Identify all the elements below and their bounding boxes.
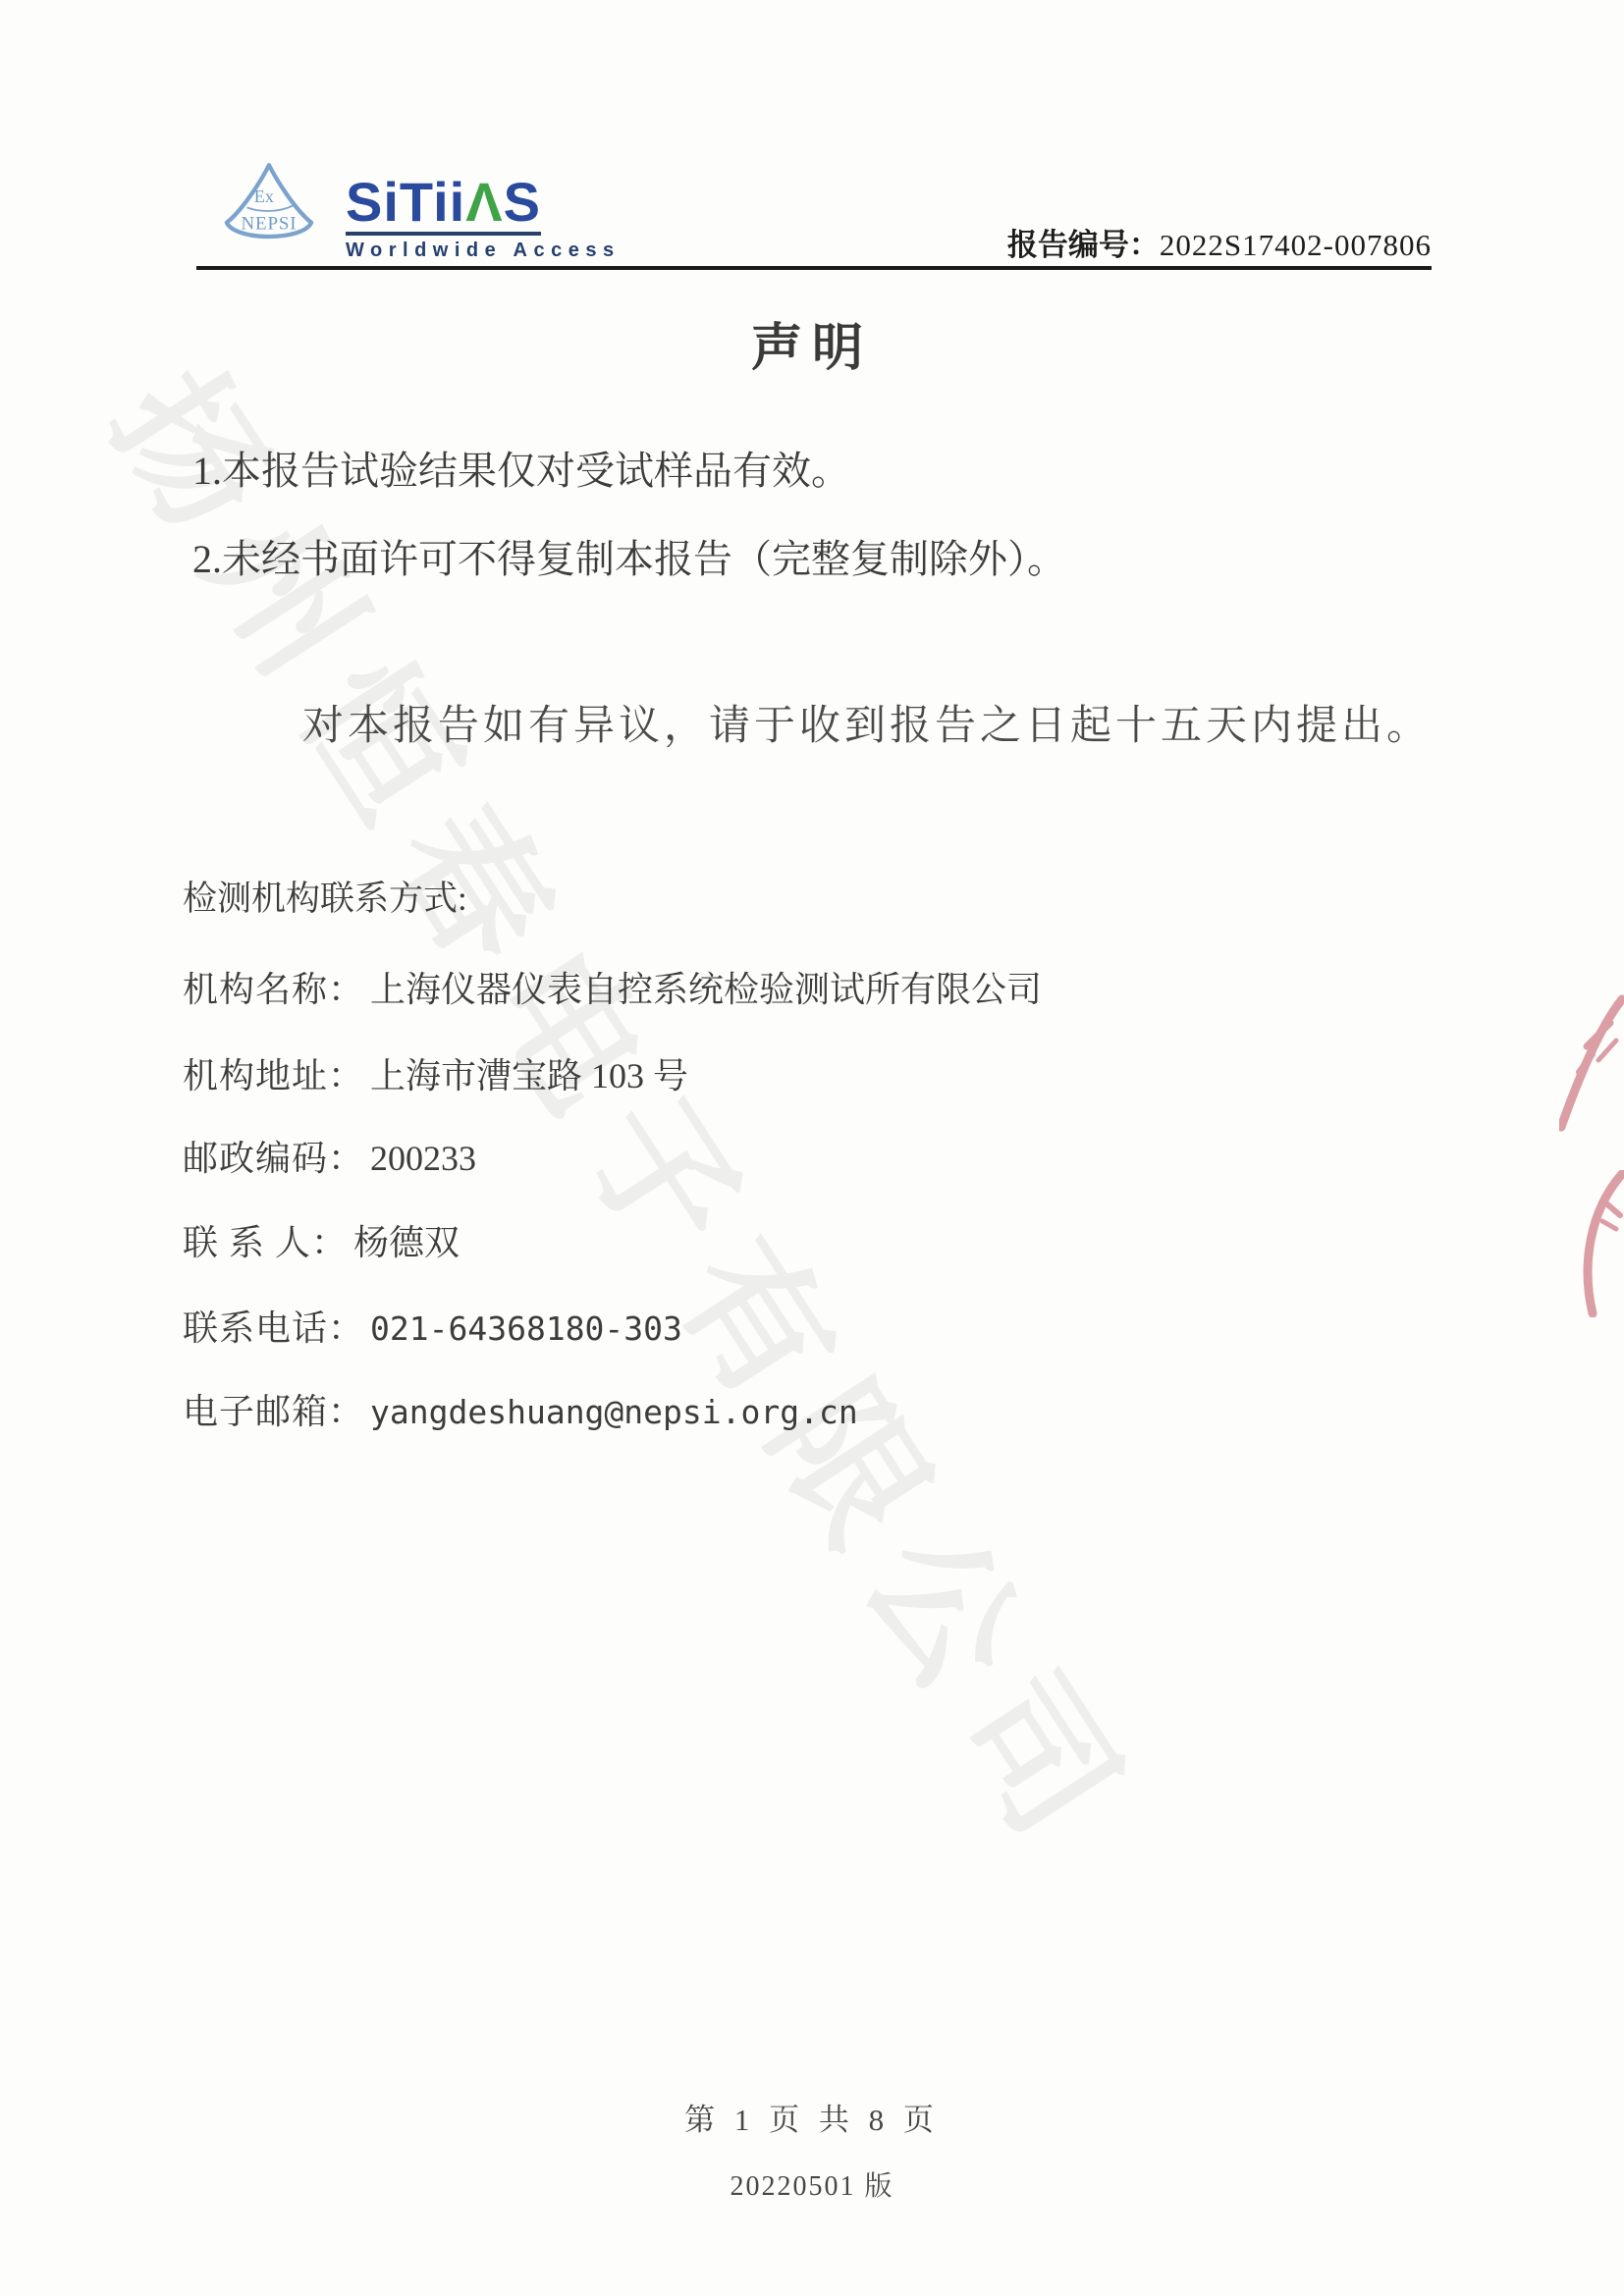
sitiias-logo: SiTiiΛS Worldwide Access: [346, 175, 589, 262]
statement-item-1: 1.本报告试验结果仅对受试样品有效。: [192, 440, 850, 496]
contact-label: 联系电话：: [183, 1308, 364, 1348]
contact-heading: 检测机构联系方式:: [183, 872, 467, 921]
sitiias-text-s: S: [504, 171, 541, 233]
statement-item-2: 2.未经书面许可不得复制本报告（完整复制除外）。: [192, 528, 1066, 584]
header-divider-line: [196, 266, 1432, 270]
contact-row-org-name: 机构名称：上海仪器仪表自控系统检验测试所有限公司: [183, 962, 1042, 1012]
contact-value: yangdeshuang@nepsi.org.cn: [370, 1393, 858, 1431]
sitiias-wordmark: SiTiiΛS: [346, 175, 541, 236]
footer-version: 20220501 版: [0, 2164, 1624, 2204]
contact-row-org-address: 机构地址：上海市漕宝路 103 号: [183, 1048, 688, 1098]
sitiias-tagline: Worldwide Access: [346, 240, 589, 262]
red-stamp-fragment-top-icon: [1559, 989, 1624, 1137]
contact-value: 上海市漕宝路 103 号: [370, 1056, 688, 1095]
report-number-value: 2022S17402-007806: [1160, 228, 1432, 262]
sitiias-text-blue: SiTii: [346, 171, 465, 233]
contact-value: 杨德双: [353, 1223, 460, 1262]
page-title: 声明: [0, 306, 1624, 380]
contact-label: 邮政编码：: [183, 1139, 364, 1178]
contact-row-email: 电子邮箱：yangdeshuang@nepsi.org.cn: [183, 1384, 858, 1434]
contact-row-phone: 联系电话：021-64368180-303: [183, 1301, 682, 1351]
nepsi-name-text: NEPSI: [242, 214, 298, 235]
contact-value: 200233: [370, 1139, 476, 1178]
contact-value: 上海仪器仪表自控系统检验测试所有限公司: [370, 970, 1042, 1009]
nepsi-ex-logo-icon: Ex NEPSI: [218, 160, 320, 263]
contact-value: 021-64368180-303: [370, 1309, 682, 1348]
sitiias-text-green-a: Λ: [465, 171, 503, 233]
report-page: 扬州恒春电子有限公司 Ex NEPSI SiTiiΛS Worldwide Ac…: [0, 0, 1624, 2296]
contact-label: 机构地址：: [183, 1056, 364, 1095]
footer-page-number: 第 1 页 共 8 页: [0, 2095, 1624, 2139]
report-number: 报告编号：2022S17402-007806: [1007, 220, 1432, 264]
report-number-label: 报告编号：: [1007, 228, 1160, 262]
red-stamp-fragment-bottom-icon: [1577, 1170, 1624, 1317]
contact-row-contact-person: 联 系 人：杨德双: [183, 1215, 460, 1265]
nepsi-ex-text: Ex: [254, 187, 274, 206]
dispute-note: 对本报告如有异议，请于收到报告之日起十五天内提出。: [302, 693, 1432, 752]
contact-row-postal-code: 邮政编码：200233: [183, 1131, 476, 1181]
contact-label: 联 系 人：: [183, 1223, 348, 1262]
contact-label: 电子邮箱：: [183, 1392, 364, 1431]
contact-label: 机构名称：: [183, 970, 364, 1009]
